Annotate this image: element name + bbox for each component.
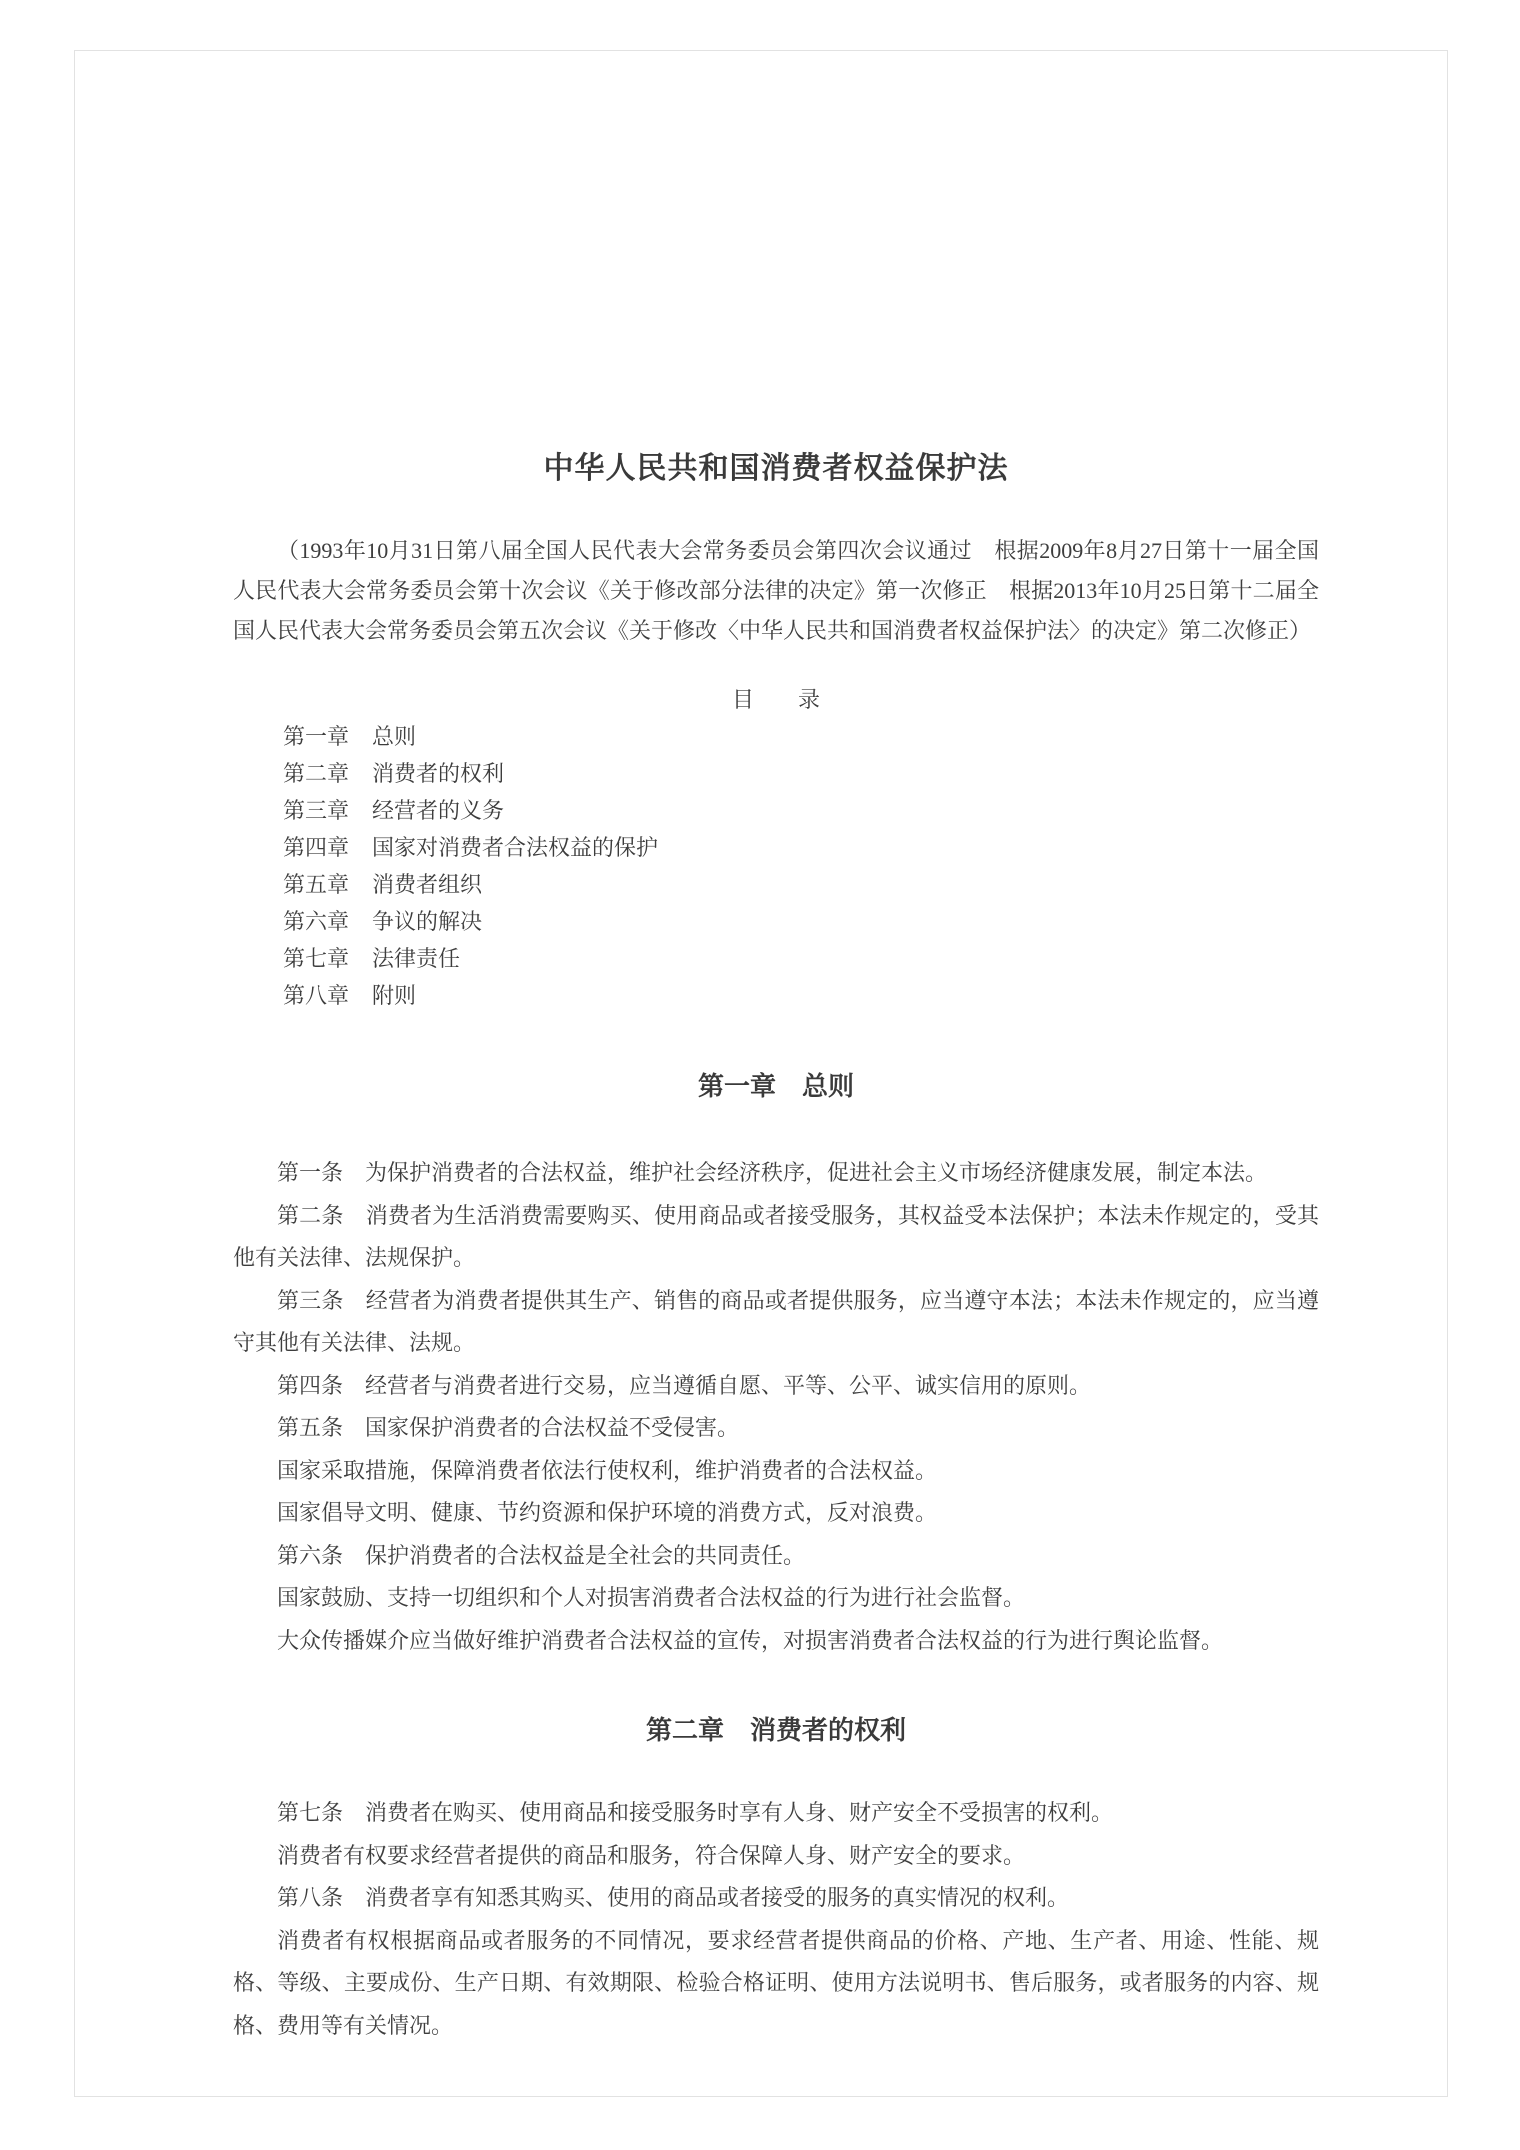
article-paragraph: 第三条 经营者为消费者提供其生产、销售的商品或者提供服务，应当遵守本法；本法未作… (233, 1280, 1319, 1365)
toc-chapter-label: 第七章 (283, 940, 349, 977)
article-paragraph: 第六条 保护消费者的合法权益是全社会的共同责任。 (233, 1535, 1319, 1578)
article-paragraph: 第一条 为保护消费者的合法权益，维护社会经济秩序，促进社会主义市场经济健康发展，… (233, 1152, 1319, 1195)
article-paragraph: 国家鼓励、支持一切组织和个人对损害消费者合法权益的行为进行社会监督。 (233, 1577, 1319, 1620)
article-paragraph: 第五条 国家保护消费者的合法权益不受侵害。 (233, 1407, 1319, 1450)
article-paragraph: 大众传播媒介应当做好维护消费者合法权益的宣传，对损害消费者合法权益的行为进行舆论… (233, 1620, 1319, 1663)
toc-item: 第七章 法律责任 (283, 940, 1319, 977)
chapter-2-heading: 第二章 消费者的权利 (233, 1710, 1319, 1750)
toc-chapter-title: 经营者的义务 (372, 792, 504, 829)
article-paragraph: 国家倡导文明、健康、节约资源和保护环境的消费方式，反对浪费。 (233, 1492, 1319, 1535)
toc-item: 第八章 附则 (283, 977, 1319, 1014)
chapter-1-paragraphs: 第一条 为保护消费者的合法权益，维护社会经济秩序，促进社会主义市场经济健康发展，… (233, 1152, 1319, 1662)
toc-chapter-title: 附则 (372, 977, 416, 1014)
toc-chapter-label: 第六章 (283, 903, 349, 940)
toc-chapter-label: 第五章 (283, 866, 349, 903)
article-paragraph: 消费者有权要求经营者提供的商品和服务，符合保障人身、财产安全的要求。 (233, 1835, 1319, 1878)
toc-chapter-label: 第四章 (283, 829, 349, 866)
toc-item: 第一章 总则 (283, 718, 1319, 755)
toc-header: 目 录 (233, 681, 1319, 718)
document-page: 中华人民共和国消费者权益保护法 （1993年10月31日第八届全国人民代表大会常… (74, 50, 1448, 2097)
document-title: 中华人民共和国消费者权益保护法 (233, 451, 1319, 487)
toc-chapter-label: 第二章 (283, 755, 349, 792)
toc-chapter-title: 消费者的权利 (372, 755, 504, 792)
article-paragraph: 第四条 经营者与消费者进行交易，应当遵循自愿、平等、公平、诚实信用的原则。 (233, 1365, 1319, 1408)
toc-item: 第二章 消费者的权利 (283, 755, 1319, 792)
toc-chapter-label: 第八章 (283, 977, 349, 1014)
toc-chapter-title: 争议的解决 (372, 903, 482, 940)
article-paragraph: 第八条 消费者享有知悉其购买、使用的商品或者接受的服务的真实情况的权利。 (233, 1877, 1319, 1920)
amendment-note: （1993年10月31日第八届全国人民代表大会常务委员会第四次会议通过 根据20… (233, 531, 1319, 651)
toc-item: 第五章 消费者组织 (283, 866, 1319, 903)
toc-chapter-title: 总则 (372, 718, 416, 755)
article-paragraph: 国家采取措施，保障消费者依法行使权利，维护消费者的合法权益。 (233, 1450, 1319, 1493)
toc-chapter-title: 法律责任 (372, 940, 460, 977)
chapter-2-paragraphs: 第七条 消费者在购买、使用商品和接受服务时享有人身、财产安全不受损害的权利。消费… (233, 1792, 1319, 2047)
toc-chapter-title: 消费者组织 (372, 866, 482, 903)
toc-item: 第四章 国家对消费者合法权益的保护 (283, 829, 1319, 866)
toc-chapter-title: 国家对消费者合法权益的保护 (372, 829, 658, 866)
toc-chapter-label: 第三章 (283, 792, 349, 829)
toc-item: 第三章 经营者的义务 (283, 792, 1319, 829)
article-paragraph: 消费者有权根据商品或者服务的不同情况，要求经营者提供商品的价格、产地、生产者、用… (233, 1920, 1319, 2048)
article-paragraph: 第七条 消费者在购买、使用商品和接受服务时享有人身、财产安全不受损害的权利。 (233, 1792, 1319, 1835)
toc-item: 第六章 争议的解决 (283, 903, 1319, 940)
toc-chapter-label: 第一章 (283, 718, 349, 755)
toc-list: 第一章 总则 第二章 消费者的权利 第三章 经营者的义务 第四章 国家对消费者合… (233, 718, 1319, 1014)
article-paragraph: 第二条 消费者为生活消费需要购买、使用商品或者接受服务，其权益受本法保护；本法未… (233, 1195, 1319, 1280)
chapter-1-heading: 第一章 总则 (233, 1066, 1319, 1106)
